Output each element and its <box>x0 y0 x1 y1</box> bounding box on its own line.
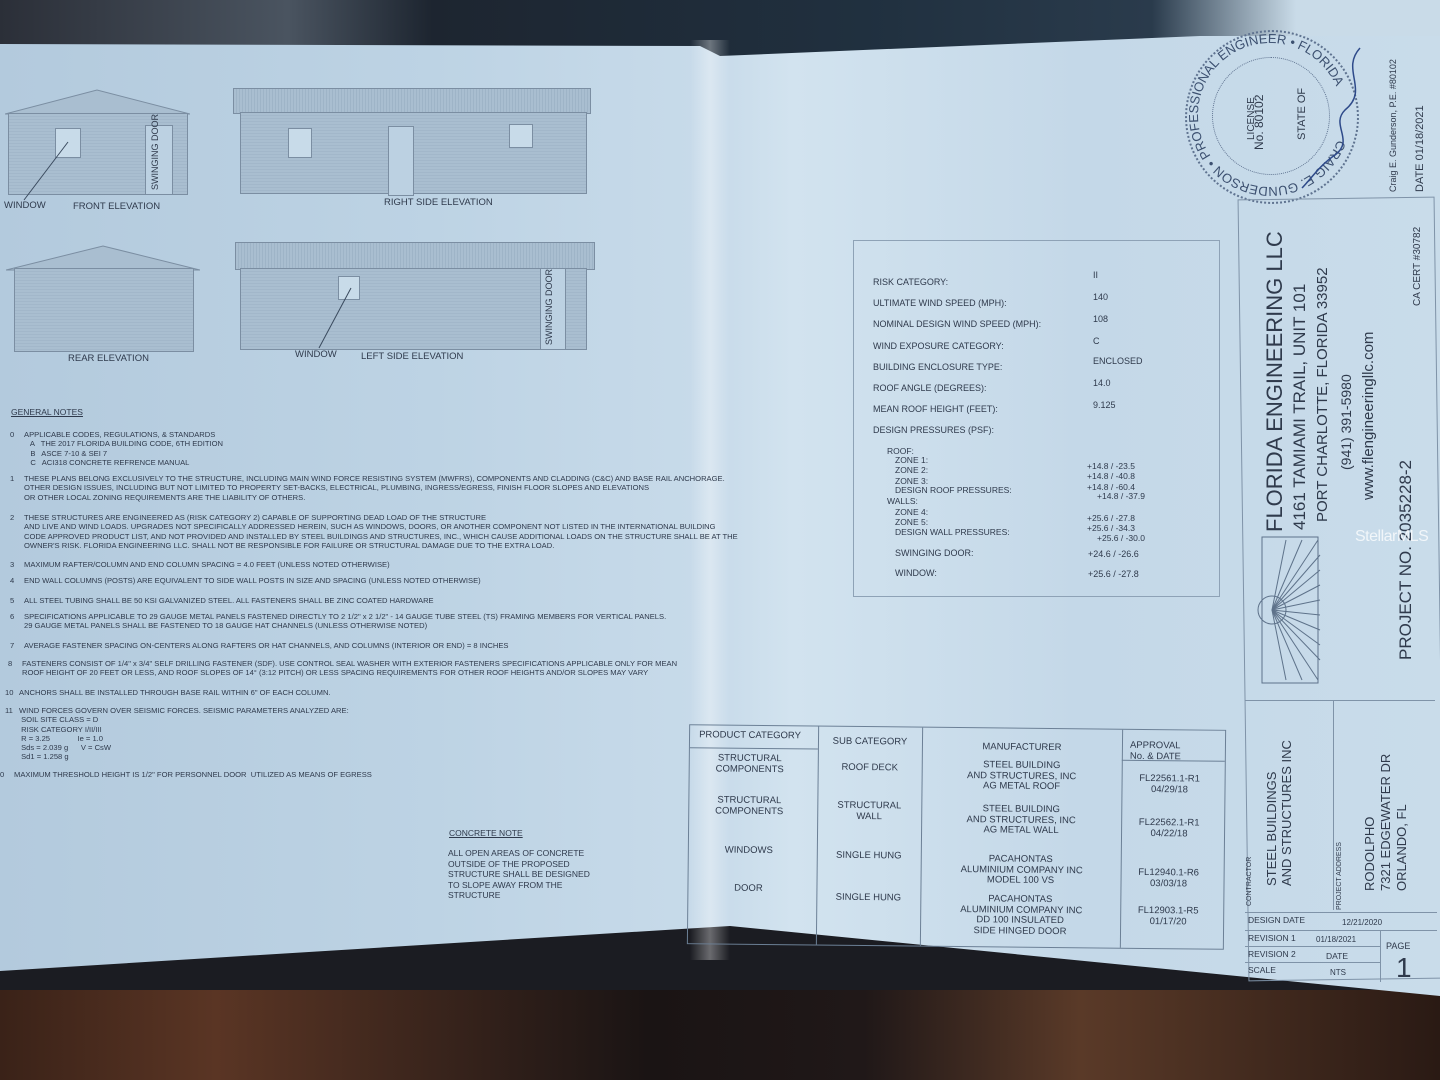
note-text: THESE STRUCTURES ARE ENGINEERED AS (RISK… <box>24 513 738 550</box>
table-cell: STEEL BUILDING AND STRUCTURES, INC AG ME… <box>961 760 1081 793</box>
table-header: SUB CATEGORY <box>815 737 925 749</box>
table-cell: FL22562.1-R1 04/22/18 <box>1109 818 1229 840</box>
pressure-label: ZONE 2: <box>895 466 928 475</box>
table-cell: DOOR <box>688 883 808 895</box>
seal-number: No. 80102 <box>1252 95 1266 150</box>
company-phone: (941) 391-5980 <box>1338 374 1354 470</box>
note-number: 8 <box>8 659 22 668</box>
project-number-label: PROJECT NO. 2035228-2 <box>1396 460 1416 660</box>
pressure-label: DESIGN WALL PRESSURES: <box>895 528 1010 537</box>
divider <box>1333 700 1334 910</box>
note-text: THESE PLANS BELONG EXCLUSIVELY TO THE ST… <box>24 474 725 502</box>
product-approval-table: PRODUCT CATEGORYSUB CATEGORYMANUFACTURER… <box>687 724 1226 950</box>
front-elevation-title: FRONT ELEVATION <box>73 201 160 212</box>
general-note-item: 6SPECIFICATIONS APPLICABLE TO 29 GAUGE M… <box>10 612 666 631</box>
scale-label: SCALE <box>1248 965 1276 975</box>
wind-row-label: RISK CATEGORY: <box>873 277 948 287</box>
pressure-label: WALLS: <box>887 497 918 506</box>
contractor-name: STEEL BUILDINGS AND STRUCTURES INC <box>1264 740 1294 886</box>
wind-design-table <box>853 240 1220 597</box>
concrete-note-text: ALL OPEN AREAS OF CONCRETE OUTSIDE OF TH… <box>448 848 590 901</box>
table-cell: STRUCTURAL COMPONENTS <box>690 753 810 775</box>
swinging-door-pressure-label: SWINGING DOOR: <box>895 548 974 558</box>
window-pressure-label: WINDOW: <box>895 568 937 578</box>
general-note-item: 0MAXIMUM THRESHOLD HEIGHT IS 1/2" FOR PE… <box>0 770 372 779</box>
company-logo-sunburst-icon <box>1252 535 1322 685</box>
pressure-label: ZONE 4: <box>895 508 928 517</box>
pressure-value: +25.6 / -27.8 <box>1087 514 1135 523</box>
company-address-1: 4161 TAMIAMI TRAIL, UNIT 101 <box>1290 284 1310 530</box>
wind-row-value: 140 <box>1093 292 1108 302</box>
left-window-label: WINDOW <box>295 349 337 360</box>
pressure-value: +14.8 / -23.5 <box>1087 462 1135 471</box>
general-note-item: 3MAXIMUM RAFTER/COLUMN AND END COLUMN SP… <box>10 560 390 569</box>
wind-row-value: II <box>1093 270 1098 280</box>
wind-row-label: MEAN ROOF HEIGHT (FEET): <box>873 404 998 414</box>
revision2-label: REVISION 2 <box>1248 949 1296 959</box>
general-note-item: 4END WALL COLUMNS (POSTS) ARE EQUIVALENT… <box>10 576 481 585</box>
general-note-item: 5ALL STEEL TUBING SHALL BE 50 KSI GALVAN… <box>10 596 434 605</box>
page-label: PAGE <box>1386 941 1410 951</box>
table-cell: PACAHONTAS ALUMINIUM COMPANY INC DD 100 … <box>960 894 1080 937</box>
wind-row-value: ENCLOSED <box>1093 356 1143 366</box>
wind-row-value: 9.125 <box>1093 400 1116 410</box>
table-cell: PACAHONTAS ALUMINIUM COMPANY INC MODEL 1… <box>960 854 1080 887</box>
general-notes-heading: GENERAL NOTES <box>11 407 83 417</box>
rear-elevation-title: REAR ELEVATION <box>68 353 149 364</box>
wind-row-label: DESIGN PRESSURES (PSF): <box>873 425 994 435</box>
front-gable-roof <box>5 86 190 116</box>
right-door <box>388 126 414 196</box>
wind-row-label: ROOF ANGLE (DEGREES): <box>873 383 987 393</box>
table-cell: STRUCTURAL COMPONENTS <box>689 795 809 817</box>
table-cell: FL12940.1-R6 03/03/18 <box>1108 868 1228 890</box>
wind-row-label: WIND EXPOSURE CATEGORY: <box>873 341 1004 351</box>
revision1-label: REVISION 1 <box>1248 933 1296 943</box>
background-lap <box>0 990 1440 1080</box>
project-address: RODOLPHO 7321 EDGEWATER DR ORLANDO, FL <box>1362 754 1410 891</box>
scale-value: NTS <box>1330 968 1346 977</box>
seal-signature-line: Craig E. Gunderson, P.E. #80102 <box>1388 59 1398 192</box>
note-number: 6 <box>10 612 24 621</box>
wind-row-value: C <box>1093 336 1100 346</box>
page-number: 1 <box>1396 952 1412 984</box>
note-number: 0 <box>0 770 14 779</box>
table-header: APPROVAL No. & DATE <box>1130 741 1240 763</box>
general-note-item: 0APPLICABLE CODES, REGULATIONS, & STANDA… <box>10 430 223 467</box>
window-pressure-value: +25.6 / -27.8 <box>1088 569 1139 579</box>
revision1-date: 01/18/2021 <box>1316 935 1356 944</box>
general-note-item: 11WIND FORCES GOVERN OVER SEISMIC FORCES… <box>5 706 349 762</box>
general-note-item: 8FASTENERS CONSIST OF 1/4" x 3/4" SELF D… <box>8 659 677 678</box>
note-text: WIND FORCES GOVERN OVER SEISMIC FORCES. … <box>19 706 349 762</box>
left-door-label: SWINGING DOOR <box>544 275 554 345</box>
wind-row-label: NOMINAL DESIGN WIND SPEED (MPH): <box>873 319 1041 329</box>
note-number: 11 <box>5 706 19 715</box>
pressure-label: ZONE 5: <box>895 518 928 527</box>
wind-row-label: ULTIMATE WIND SPEED (MPH): <box>873 298 1007 308</box>
company-name: FLORIDA ENGINEERING LLC <box>1262 231 1288 532</box>
note-text: AVERAGE FASTENER SPACING ON-CENTERS ALON… <box>24 641 508 650</box>
table-cell: STEEL BUILDING AND STRUCTURES, INC AG ME… <box>961 804 1081 837</box>
table-cell: FL12903.1-R5 01/17/20 <box>1108 906 1228 928</box>
table-cell: FL22561.1-R1 04/29/18 <box>1109 774 1229 796</box>
divider <box>1245 700 1435 701</box>
table-header: PRODUCT CATEGORY <box>695 730 805 742</box>
wind-row-value: 14.0 <box>1093 378 1111 388</box>
table-cell: SINGLE HUNG <box>808 892 928 904</box>
front-door-label: SWINGING DOOR <box>150 130 160 190</box>
general-note-item: 2THESE STRUCTURES ARE ENGINEERED AS (RIS… <box>10 513 738 550</box>
general-note-item: 1THESE PLANS BELONG EXCLUSIVELY TO THE S… <box>10 474 725 502</box>
note-text: ANCHORS SHALL BE INSTALLED THROUGH BASE … <box>19 688 331 697</box>
note-text: MAXIMUM RAFTER/COLUMN AND END COLUMN SPA… <box>24 560 390 569</box>
pressure-value: +14.8 / -40.8 <box>1087 472 1135 481</box>
pressure-value: +25.6 / -34.3 <box>1087 524 1135 533</box>
left-elevation-title: LEFT SIDE ELEVATION <box>361 351 463 362</box>
contractor-label: CONTRACTOR <box>1246 857 1253 906</box>
design-date: 12/21/2020 <box>1342 918 1382 927</box>
note-number: 2 <box>10 513 24 522</box>
design-date-label: DESIGN DATE <box>1248 915 1305 925</box>
seal-date: DATE 01/18/2021 <box>1414 105 1426 192</box>
wind-row-value: 108 <box>1093 314 1108 324</box>
pressure-label: DESIGN ROOF PRESSURES: <box>895 486 1012 495</box>
swinging-door-pressure-value: +24.6 / -26.6 <box>1088 549 1139 559</box>
wind-row-label: BUILDING ENCLOSURE TYPE: <box>873 362 1002 372</box>
general-note-item: 7AVERAGE FASTENER SPACING ON-CENTERS ALO… <box>10 641 508 650</box>
note-text: END WALL COLUMNS (POSTS) ARE EQUIVALENT … <box>24 576 481 585</box>
note-number: 1 <box>10 474 24 483</box>
table-cell: ROOF DECK <box>810 762 930 774</box>
note-number: 7 <box>10 641 24 650</box>
company-address-2: PORT CHARLOTTE, FLORIDA 33952 <box>1314 267 1331 522</box>
revision2-date: DATE <box>1326 951 1348 961</box>
pressure-value: +25.6 / -30.0 <box>1097 534 1145 543</box>
note-number: 3 <box>10 560 24 569</box>
company-website: www.flengineeringllc.com <box>1360 332 1377 500</box>
note-number: 0 <box>10 430 24 439</box>
concrete-note-heading: CONCRETE NOTE <box>449 828 523 838</box>
note-number: 4 <box>10 576 24 585</box>
project-address-label: PROJECT ADDRESS <box>1336 842 1343 910</box>
pressure-label: ZONE 1: <box>895 456 928 465</box>
table-header: MANUFACTURER <box>967 742 1077 754</box>
ca-cert: CA CERT #30782 <box>1412 227 1423 306</box>
note-number: 5 <box>10 596 24 605</box>
right-elevation-title: RIGHT SIDE ELEVATION <box>384 197 493 208</box>
table-cell: SINGLE HUNG <box>809 850 929 862</box>
note-text: SPECIFICATIONS APPLICABLE TO 29 GAUGE ME… <box>24 612 666 631</box>
note-number: 10 <box>5 688 19 697</box>
note-text: APPLICABLE CODES, REGULATIONS, & STANDAR… <box>24 430 223 467</box>
note-text: FASTENERS CONSIST OF 1/4" x 3/4" SELF DR… <box>22 659 677 678</box>
note-text: ALL STEEL TUBING SHALL BE 50 KSI GALVANI… <box>24 596 434 605</box>
note-text: MAXIMUM THRESHOLD HEIGHT IS 1/2" FOR PER… <box>14 770 372 779</box>
table-cell: WINDOWS <box>689 845 809 857</box>
watermark: StellarMLS <box>1355 528 1428 546</box>
table-cell: STRUCTURAL WALL <box>809 800 929 822</box>
general-note-item: 10ANCHORS SHALL BE INSTALLED THROUGH BAS… <box>5 688 331 697</box>
pressure-value: +14.8 / -37.9 <box>1097 492 1145 501</box>
signature-icon <box>1300 40 1380 190</box>
front-window-label: WINDOW <box>4 200 46 211</box>
